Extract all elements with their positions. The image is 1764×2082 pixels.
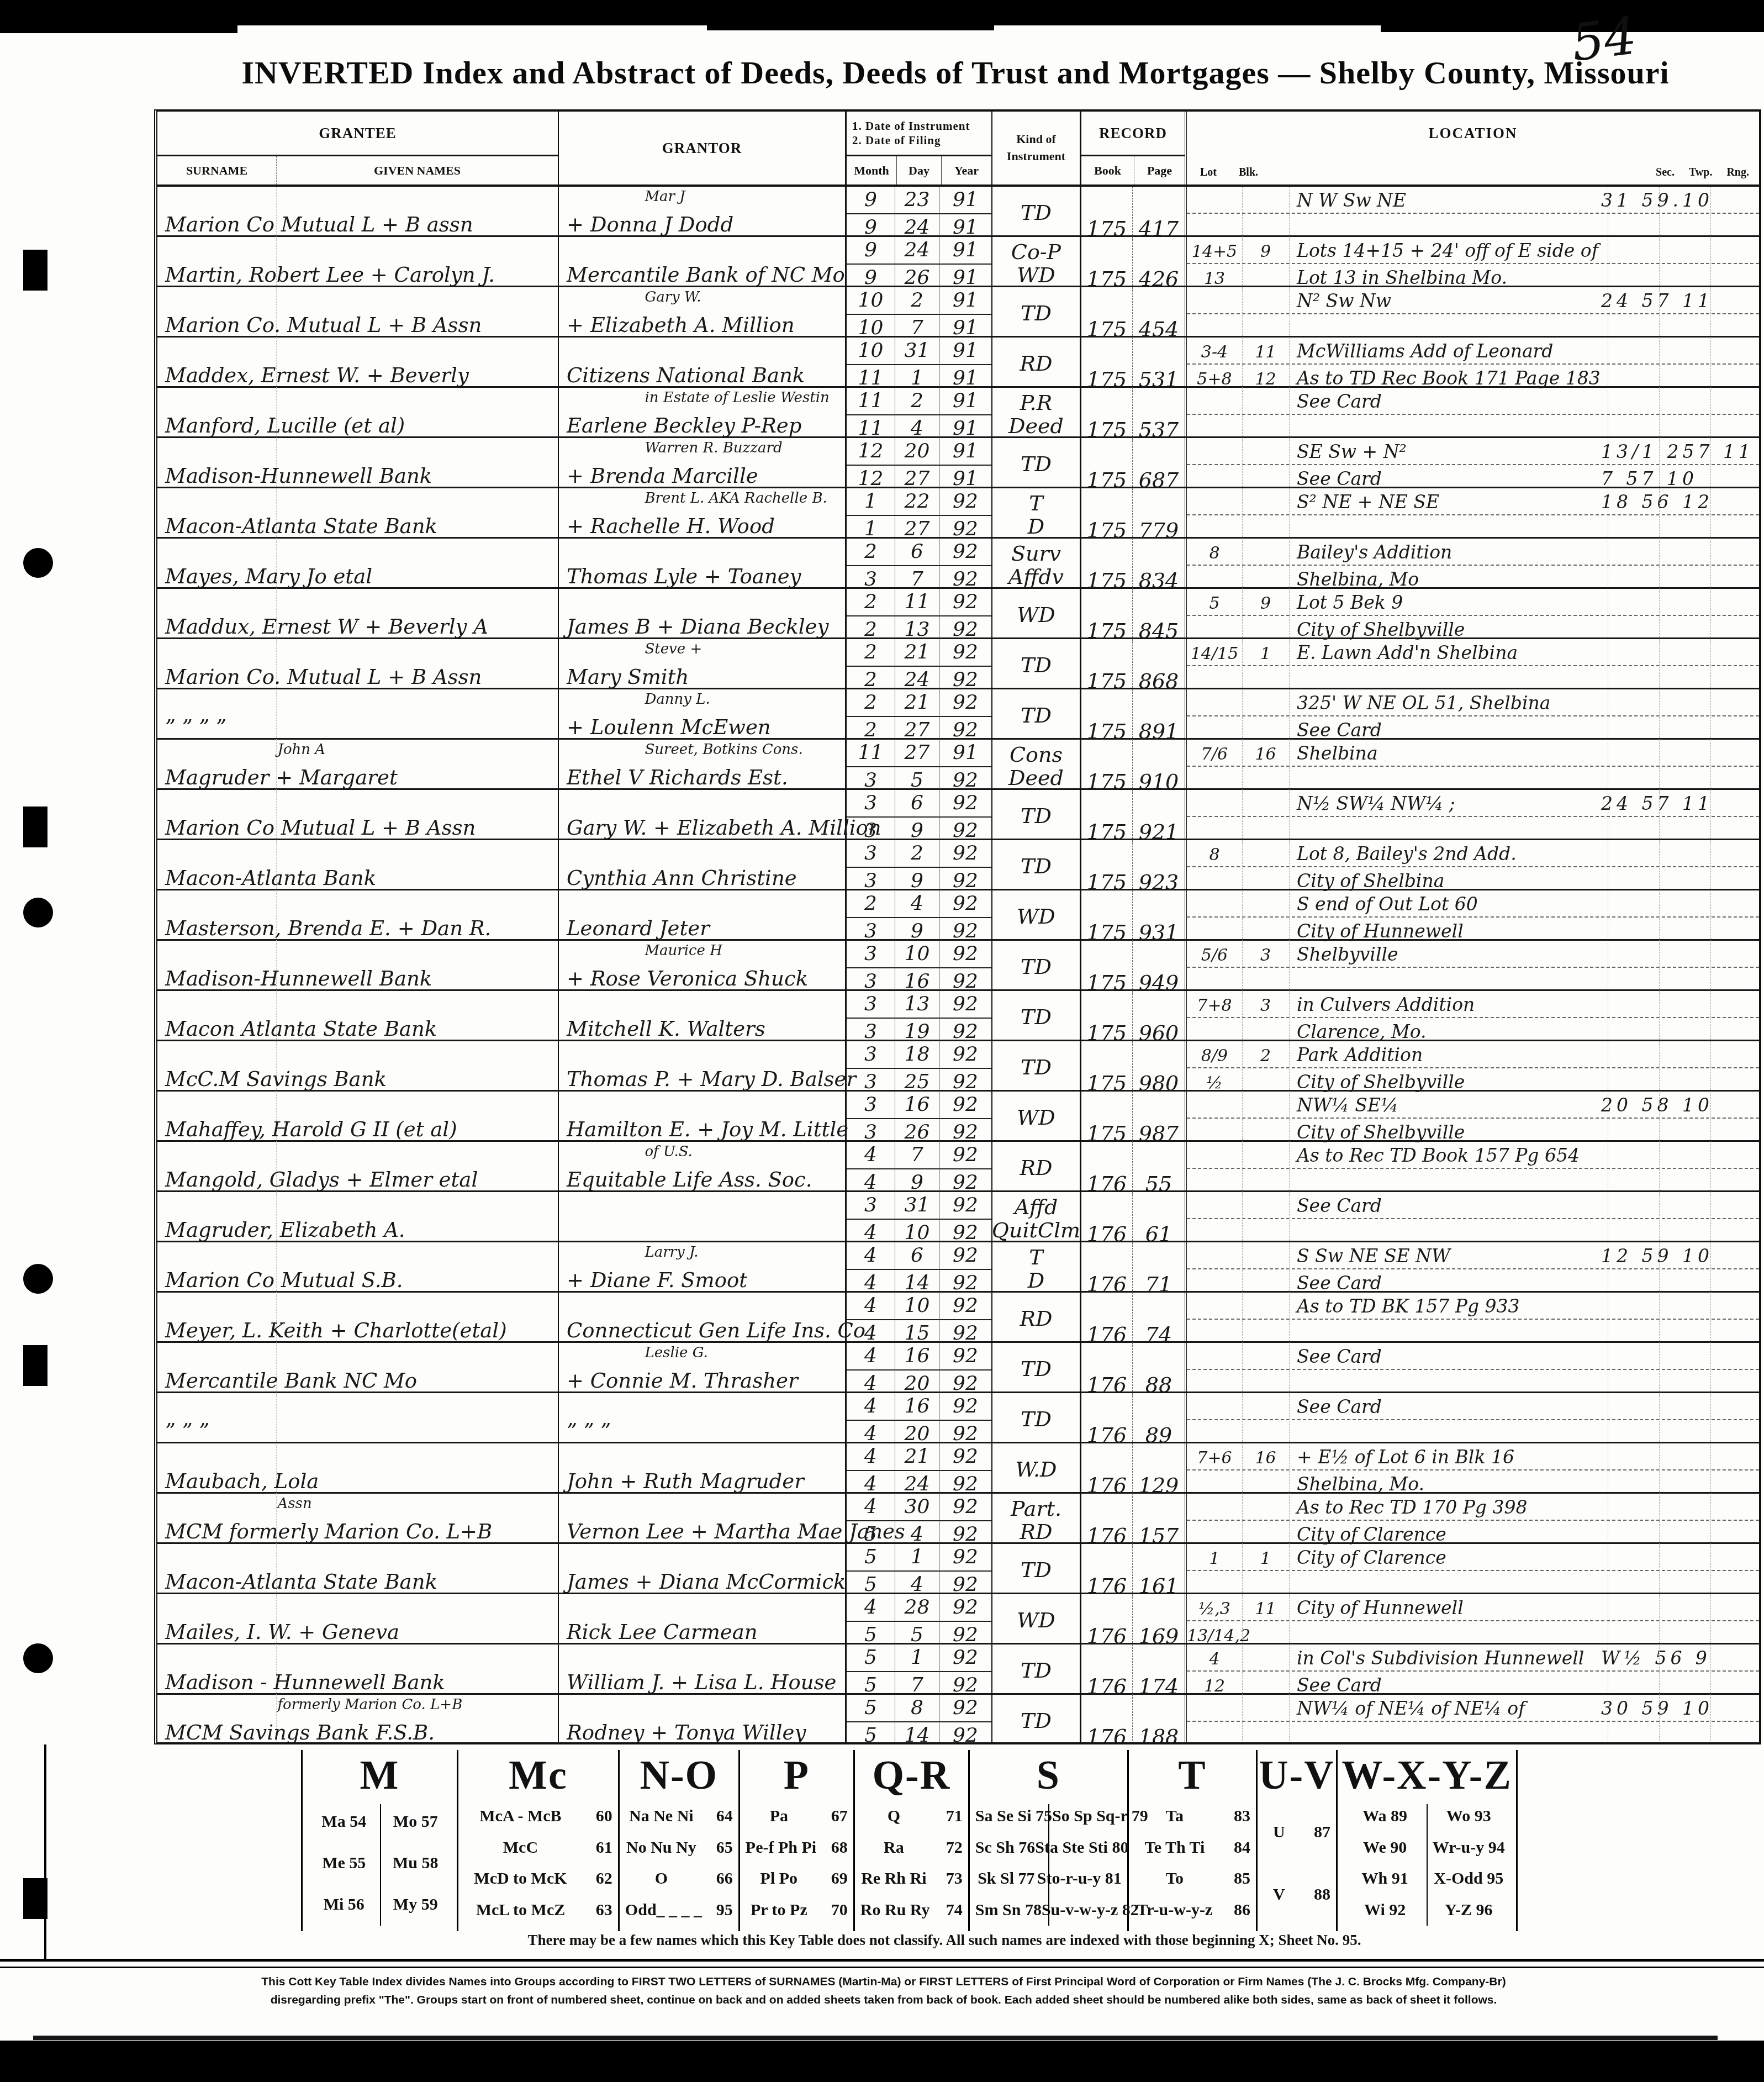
instrument-month: 9	[847, 187, 895, 214]
binder-mark	[23, 1264, 53, 1294]
kind-cell: TD	[991, 287, 1080, 341]
location-cell: 14/15 1 E. Lawn Add'n Shelbina	[1185, 639, 1759, 693]
book-cell: 176	[1080, 1343, 1132, 1397]
location-lot: 8	[1187, 845, 1242, 865]
kind-of-instrument: TD	[1021, 1559, 1052, 1582]
day-cell: 16 20	[895, 1343, 939, 1397]
kind-of-instrument: TD	[1021, 454, 1052, 476]
year-cell: 92 92	[939, 589, 991, 643]
key-entry-sheet: 74	[929, 1901, 962, 1920]
book-cell: 176	[1080, 1695, 1132, 1742]
key-entry-sheet: 63	[577, 1901, 612, 1920]
instrument-month: 4	[847, 1443, 895, 1471]
grantor-name: Earlene Beckley P-Rep	[567, 414, 844, 438]
location-cell: 5/6 3 Shelbyville	[1185, 941, 1759, 995]
grantee-cell: Marion Co Mutual L + B Assn	[157, 790, 558, 844]
instrument-month: 5	[847, 1695, 895, 1722]
location-description-line2: City of Clarence	[1289, 1524, 1601, 1545]
location-description-line2: City of Shelbyville	[1289, 1121, 1601, 1143]
grantor-cell: Hamilton E. + Joy M. Little	[558, 1092, 845, 1146]
grantee-cell: Marion Co Mutual L + B assn	[157, 187, 558, 241]
day-cell: 2 4	[895, 388, 939, 442]
kind-of-instrument: RD	[1020, 1308, 1052, 1330]
grantee-name: ” ” ” ”	[165, 715, 557, 739]
key-entry: Re Rh Ri73	[860, 1869, 963, 1888]
kind-of-instrument-line2: Deed	[1008, 767, 1064, 789]
instrument-month: 10	[847, 287, 895, 315]
grantee-cell: Assn MCM formerly Marion Co. L+B	[157, 1494, 558, 1548]
key-entry: Me 55Mu 58	[308, 1854, 451, 1873]
kind-of-instrument: TD	[1021, 655, 1052, 677]
location-description: E. Lawn Add'n Shelbina	[1289, 642, 1601, 663]
table-rows: Marion Co Mutual L + B assn Mar J + Donn…	[157, 187, 1759, 1742]
location-description: Shelbina	[1289, 742, 1601, 764]
location-blk: 3	[1242, 946, 1289, 965]
key-entry: Wi 92Y-Z 96	[1343, 1901, 1511, 1920]
month-cell: 2 2	[845, 639, 895, 693]
book-cell: 175	[1080, 438, 1132, 492]
key-entry-sheet: 85	[1215, 1869, 1250, 1888]
instrument-year: 92	[939, 639, 991, 667]
instrument-year: 91	[939, 338, 991, 365]
month-cell: 4 4	[845, 1343, 895, 1397]
location-blk: 11	[1242, 1599, 1289, 1619]
instrument-day: 22	[895, 488, 939, 516]
double-rule	[0, 1959, 1764, 1968]
month-cell: 4 4	[845, 1393, 895, 1447]
key-entry-right: Sto-r-u-y 81	[1037, 1869, 1122, 1888]
location-description-line2: City of Hunnewell	[1289, 920, 1601, 942]
kind-cell: TD	[991, 941, 1080, 995]
location-lot: 7/6	[1187, 745, 1242, 764]
header-date-instrument-label: 1. Date of Instrument	[852, 119, 970, 133]
instrument-month: 3	[847, 1092, 895, 1119]
kind-cell: TD	[991, 1343, 1080, 1397]
grantee-upper-note: John A	[278, 741, 326, 758]
page-cell: 71	[1132, 1242, 1185, 1296]
location-cell: N½ SW¼ NW¼ ; 24 57 11	[1185, 790, 1759, 844]
table-row: McC.M Savings Bank Thomas P. + Mary D. B…	[157, 1041, 1759, 1092]
scan-edge-top	[0, 0, 1764, 25]
key-entry-label: Ro Ru Ry	[860, 1901, 930, 1920]
key-section-UV: U-V U87V88	[1258, 1750, 1338, 1931]
page-cell: 537	[1132, 388, 1185, 442]
location-cell: 14+5 9 Lots 14+15 + 24' off of E side of…	[1185, 237, 1759, 291]
header-kind-line1: Kind of	[1016, 131, 1056, 148]
page-title: INVERTED Index and Abstract of Deeds, De…	[160, 54, 1751, 91]
location-sec-twp-rng: 24 57 11	[1601, 793, 1756, 814]
grantee-cell: Macon-Atlanta Bank	[157, 840, 558, 894]
location-description: 325' W NE OL 51, Shelbina	[1289, 692, 1601, 714]
grantor-name: Cynthia Ann Christine	[567, 866, 844, 890]
grantee-name: Mailes, I. W. + Geneva	[165, 1620, 557, 1644]
header-kind-of-instrument: Kind of Instrument	[991, 112, 1080, 185]
year-cell: 92 92	[939, 1293, 991, 1347]
table-row: Macon-Atlanta Bank Cynthia Ann Christine…	[157, 840, 1759, 890]
table-row: Mayes, Mary Jo etal Thomas Lyle + Toaney…	[157, 539, 1759, 589]
grantee-name: Madison - Hunnewell Bank	[165, 1670, 557, 1694]
location-lot-line2: 13/14,2	[1187, 1626, 1242, 1646]
location-sec-twp-rng: 20 58 10	[1601, 1094, 1756, 1116]
key-entry-left: Sc Sh 76	[975, 1838, 1035, 1857]
grantee-name: Macon-Atlanta State Bank	[165, 514, 557, 538]
location-sec-twp-rng-line2: 7 57 10	[1601, 468, 1756, 489]
kind-cell: TD	[991, 1695, 1080, 1742]
location-lot: 3-4	[1187, 342, 1242, 362]
grantor-name: Thomas P. + Mary D. Balser	[567, 1067, 844, 1091]
grantee-cell: ” ” ”	[157, 1393, 558, 1447]
grantee-cell: Macon-Atlanta State Bank	[157, 488, 558, 542]
grantor-name: ” ” ”	[567, 1419, 844, 1443]
header-location: LOCATION Lot Blk. Sec. Twp. Rng.	[1185, 112, 1759, 185]
page-cell: 188	[1132, 1695, 1185, 1742]
instrument-day: 16	[895, 1092, 939, 1119]
grantee-cell: Martin, Robert Lee + Carolyn J.	[157, 237, 558, 291]
grantor-name: Equitable Life Ass. Soc.	[567, 1168, 844, 1192]
header-date-filing-label: 2. Date of Filing	[852, 133, 941, 147]
kind-cell: TD	[991, 438, 1080, 492]
key-entry-label: Te Th Ti	[1134, 1838, 1215, 1857]
month-cell: 2 3	[845, 890, 895, 945]
header-lot-label: Lot	[1200, 166, 1217, 179]
year-cell: 92 92	[939, 689, 991, 744]
location-description: NW¼ of NE¼ of NE¼ of	[1289, 1698, 1601, 1719]
table-row: Manford, Lucille (et al) in Estate of Le…	[157, 388, 1759, 438]
year-cell: 91 91	[939, 237, 991, 291]
grantee-name: Maubach, Lola	[165, 1469, 557, 1493]
key-entry-sheet: 95	[702, 1901, 733, 1920]
location-cell: 325' W NE OL 51, Shelbina See Card	[1185, 689, 1759, 744]
key-entry: We 90Wr-u-y 94	[1343, 1838, 1511, 1857]
grantee-upper-note: formerly Marion Co. L+B	[278, 1696, 463, 1713]
location-cell: 7+6 16 + E½ of Lot 6 in Blk 16 Shelbina,…	[1185, 1443, 1759, 1498]
grantor-upper-note: Danny L.	[645, 691, 710, 708]
location-description: in Culvers Addition	[1289, 994, 1601, 1015]
header-page-label: Page	[1134, 156, 1185, 185]
header-surname-label: SURNAME	[157, 156, 276, 185]
kind-of-instrument: WD	[1017, 1107, 1055, 1129]
grantor-name: + Brenda Marcille	[567, 464, 844, 488]
table-header: GRANTEE SURNAME GIVEN NAMES GRANTOR 1. D…	[157, 112, 1759, 187]
grantor-name: Connecticut Gen Life Ins. Co	[567, 1319, 844, 1342]
day-cell: 6 7	[895, 539, 939, 593]
key-section-WXYZ: W-X-Y-Z Wa 89Wo 93We 90Wr-u-y 94Wh 91X-O…	[1338, 1750, 1518, 1931]
year-cell: 92 92	[939, 941, 991, 995]
table-row: Maubach, Lola John + Ruth Magruder 4 4 2…	[157, 1443, 1759, 1494]
table-row: Macon-Atlanta State Bank James + Diana M…	[157, 1544, 1759, 1594]
instrument-day: 18	[895, 1041, 939, 1069]
key-entry-label: Ra	[860, 1838, 927, 1857]
kind-cell: RD	[991, 1142, 1080, 1196]
year-cell: 92 92	[939, 1494, 991, 1548]
key-section-Mc: Mc McA - McB60McC61McD to McK62McL to Mc…	[458, 1750, 620, 1931]
binder-mark	[23, 548, 53, 578]
kind-cell: Surv Affdv	[991, 539, 1080, 593]
key-entry-label: Pa	[746, 1807, 812, 1826]
location-description-line2: See Card	[1289, 468, 1601, 489]
location-lot: 8/9	[1187, 1046, 1242, 1066]
month-cell: 11 11	[845, 388, 895, 442]
instrument-month: 3	[847, 941, 895, 968]
location-description: See Card	[1289, 1396, 1601, 1417]
location-description: See Card	[1289, 1346, 1601, 1367]
record-page: 188	[1133, 1695, 1185, 1742]
grantor-cell: John + Ruth Magruder	[558, 1443, 845, 1498]
grantor-cell: Mitchell K. Walters	[558, 991, 845, 1045]
kind-cell: TD	[991, 1544, 1080, 1598]
day-cell: 13 19	[895, 991, 939, 1045]
key-entry: McD to McK62	[464, 1869, 612, 1888]
month-cell: 2 3	[845, 539, 895, 593]
key-entry: Sa Se Si 75So Sp Sq-r 79	[975, 1807, 1122, 1826]
footer-line2: disregarding prefix "The". Groups start …	[99, 1991, 1668, 2010]
location-lot: 5/6	[1187, 946, 1242, 965]
instrument-year: 92	[939, 1443, 991, 1471]
instrument-day: 2	[895, 840, 939, 868]
kind-of-instrument: Co-P	[1011, 241, 1061, 263]
location-cell: 7+8 3 in Culvers Addition Clarence, Mo.	[1185, 991, 1759, 1045]
book-cell: 175	[1080, 890, 1132, 945]
instrument-year: 92	[939, 1192, 991, 1220]
page-cell: 980	[1132, 1041, 1185, 1095]
page-cell: 531	[1132, 338, 1185, 392]
key-entry-left: Sk Sl 77	[975, 1869, 1037, 1888]
page-cell: 74	[1132, 1293, 1185, 1347]
key-entry: Tr-u-w-y-z86	[1134, 1901, 1250, 1920]
day-cell: 4 9	[895, 890, 939, 945]
grantor-cell: Thomas Lyle + Toaney	[558, 539, 845, 593]
grantee-cell: Maubach, Lola	[157, 1443, 558, 1498]
instrument-day: 1	[895, 1544, 939, 1572]
key-entry-label: Q	[860, 1807, 927, 1826]
grantee-cell: Masterson, Brenda E. + Dan R.	[157, 890, 558, 945]
page-cell: 61	[1132, 1192, 1185, 1246]
grantee-name: Maddex, Ernest W. + Beverly	[165, 363, 557, 387]
table-row: Masterson, Brenda E. + Dan R. Leonard Je…	[157, 890, 1759, 941]
kind-of-instrument: WD	[1017, 1610, 1055, 1632]
location-cell: S² NE + NE SE 18 56 12	[1185, 488, 1759, 542]
location-description: As to Rec TD 170 Pg 398	[1289, 1496, 1601, 1518]
location-cell: 8/9 2 Park Addition ½ City of Shelbyvill…	[1185, 1041, 1759, 1095]
location-cell: S Sw NE SE NW 12 59 10 See Card	[1185, 1242, 1759, 1296]
page-cell: 129	[1132, 1443, 1185, 1498]
location-lot: 8	[1187, 544, 1242, 563]
kind-of-instrument: RD	[1020, 1157, 1052, 1179]
grantor-cell: Danny L. + Loulenn McEwen	[558, 689, 845, 744]
book-cell: 175	[1080, 539, 1132, 593]
key-section-title: S	[970, 1750, 1127, 1801]
location-description: Park Addition	[1289, 1044, 1601, 1066]
binder-mark	[23, 807, 47, 847]
day-cell: 7 9	[895, 1142, 939, 1196]
location-description-line2: As to TD Rec Book 171 Page 183	[1289, 367, 1601, 389]
location-description-line2: Lot 13 in Shelbina Mo.	[1289, 267, 1601, 288]
year-cell: 91 91	[939, 438, 991, 492]
instrument-month: 2	[847, 639, 895, 667]
day-cell: 27 5	[895, 740, 939, 794]
grantor-cell: Larry J. + Diane F. Smoot	[558, 1242, 845, 1296]
grantee-name: Madison-Hunnewell Bank	[165, 967, 557, 990]
header-sec-label: Sec.	[1656, 166, 1675, 179]
margin-rule	[44, 1744, 46, 1961]
key-section-title: U-V	[1258, 1750, 1336, 1801]
key-entry: Pr to Pz70	[746, 1901, 848, 1920]
location-blk-line2: 12	[1242, 370, 1289, 389]
location-sec-twp-rng: 31 59.10	[1601, 189, 1756, 211]
key-entry: Pa67	[746, 1807, 848, 1826]
location-description: See Card	[1289, 391, 1601, 412]
location-description: Lots 14+15 + 24' off of E side of	[1289, 240, 1601, 261]
grantor-cell: Gary W. + Elizabeth A. Million	[558, 287, 845, 341]
grantor-upper-note: Gary W.	[645, 289, 701, 305]
location-lot: 14/15	[1187, 644, 1242, 663]
grantee-cell: Maddex, Ernest W. + Beverly	[157, 338, 558, 392]
day-cell: 6 14	[895, 1242, 939, 1296]
instrument-day: 21	[895, 1443, 939, 1471]
key-entry-sheet: 87	[1295, 1823, 1330, 1842]
key-entry: To85	[1134, 1869, 1250, 1888]
key-entry-right: Mo 57	[380, 1812, 452, 1831]
instrument-day: 1	[895, 1644, 939, 1672]
table-row: Marion Co. Mutual L + B Assn Gary W. + E…	[157, 287, 1759, 338]
instrument-month: 2	[847, 689, 895, 717]
grantee-name: Marion Co. Mutual L + B Assn	[165, 665, 557, 689]
kind-of-instrument: WD	[1017, 906, 1055, 928]
grantor-cell: Mar J + Donna J Dodd	[558, 187, 845, 241]
year-cell: 92 92	[939, 1192, 991, 1246]
location-description: S² NE + NE SE	[1289, 491, 1601, 513]
kind-of-instrument: TD	[1021, 1409, 1052, 1431]
header-record: RECORD Book Page	[1080, 112, 1185, 185]
table-row: Madison - Hunnewell Bank William J. + Li…	[157, 1644, 1759, 1695]
location-blk: 9	[1242, 242, 1289, 261]
instrument-day: 10	[895, 1293, 939, 1320]
grantee-name: Mangold, Gladys + Elmer etal	[165, 1168, 557, 1192]
day-cell: 24 26	[895, 237, 939, 291]
header-blk-label: Blk.	[1239, 166, 1258, 179]
key-entry: McC61	[464, 1838, 612, 1857]
year-cell: 91 91	[939, 388, 991, 442]
location-sec-twp-rng: 30 59 10	[1601, 1698, 1756, 1719]
instrument-day: 2	[895, 388, 939, 415]
kind-of-instrument: TD	[1021, 303, 1052, 325]
key-entry: Te Th Ti84	[1134, 1838, 1250, 1857]
table-row: Martin, Robert Lee + Carolyn J. Mercanti…	[157, 237, 1759, 287]
year-cell: 92 92	[939, 890, 991, 945]
key-section-P: P Pa67Pe-f Ph Pi68Pl Po69Pr to Pz70	[740, 1750, 855, 1931]
year-cell: 92 92	[939, 1544, 991, 1598]
day-cell: 22 27	[895, 488, 939, 542]
grantee-name: Magruder, Elizabeth A.	[165, 1218, 557, 1242]
location-description-line2: See Card	[1289, 1272, 1601, 1294]
month-cell: 10 11	[845, 338, 895, 392]
instrument-year: 92	[939, 1142, 991, 1169]
location-lot: 7+6	[1187, 1448, 1242, 1468]
location-description-line2: City of Shelbyville	[1289, 619, 1601, 640]
key-entry: V88	[1263, 1885, 1330, 1904]
month-cell: 9 9	[845, 237, 895, 291]
location-description: N² Sw Nw	[1289, 290, 1601, 312]
key-entry-right: X-Odd 95	[1427, 1869, 1511, 1888]
kind-of-instrument: TD	[1021, 1358, 1052, 1380]
book-cell: 175	[1080, 488, 1132, 542]
key-entry: McA - McB60	[464, 1807, 612, 1826]
scan-edge-fragment	[707, 25, 994, 30]
book-cell: 175	[1080, 740, 1132, 794]
grantee-name: Madison-Hunnewell Bank	[165, 464, 557, 488]
grantee-cell: ” ” ” ”	[157, 689, 558, 744]
kind-cell: RD	[991, 1293, 1080, 1347]
kind-of-instrument: W.D	[1016, 1459, 1057, 1481]
instrument-day: 8	[895, 1695, 939, 1722]
grantor-cell: Brent L. AKA Rachelle B. + Rachelle H. W…	[558, 488, 845, 542]
instrument-day: 13	[895, 991, 939, 1019]
instrument-year: 91	[939, 237, 991, 265]
key-entry-sheet: 66	[698, 1869, 733, 1888]
grantee-name: Marion Co Mutual S.B.	[165, 1268, 557, 1292]
kind-cell: Cons Deed	[991, 740, 1080, 794]
grantor-upper-note: Steve +	[645, 641, 702, 657]
location-lot: ½,3	[1187, 1599, 1242, 1619]
key-section-title: W-X-Y-Z	[1338, 1750, 1516, 1801]
page-cell: 987	[1132, 1092, 1185, 1146]
location-cell: ½,3 11 City of Hunnewell 13/14,2	[1185, 1594, 1759, 1648]
month-cell: 9 9	[845, 187, 895, 241]
grantor-name: + Diane F. Smoot	[567, 1268, 844, 1292]
scanned-ledger-page: 54 INVERTED Index and Abstract of Deeds,…	[0, 0, 1764, 2082]
page-cell: 868	[1132, 639, 1185, 693]
grantee-cell: Marion Co. Mutual L + B Assn	[157, 287, 558, 341]
kind-of-instrument: T	[1029, 1247, 1043, 1269]
grantee-cell: Magruder, Elizabeth A.	[157, 1192, 558, 1246]
table-row: ” ” ” ” Danny L. + Loulenn McEwen 2 2 21…	[157, 689, 1759, 740]
instrument-year: 92	[939, 488, 991, 516]
location-sec-twp-rng: 13/1 257 11	[1601, 441, 1756, 462]
location-cell: See Card	[1185, 388, 1759, 442]
instrument-day: 21	[895, 639, 939, 667]
grantor-cell: William J. + Lisa L. House	[558, 1644, 845, 1699]
month-cell: 3 3	[845, 840, 895, 894]
location-blk: 2	[1242, 1046, 1289, 1066]
grantee-name: Masterson, Brenda E. + Dan R.	[165, 916, 557, 940]
table-row: Marion Co Mutual L + B Assn Gary W. + El…	[157, 790, 1759, 840]
year-cell: 92 92	[939, 539, 991, 593]
instrument-year: 92	[939, 1092, 991, 1119]
grantee-cell: Macon-Atlanta State Bank	[157, 1544, 558, 1598]
grantor-name: + Rose Veronica Shuck	[567, 967, 844, 990]
month-cell: 4 4	[845, 1443, 895, 1498]
table-row: Assn MCM formerly Marion Co. L+B Vernon …	[157, 1494, 1759, 1544]
key-entry-left: Wa 89	[1343, 1807, 1427, 1826]
page-cell: 923	[1132, 840, 1185, 894]
scan-edge-bottom	[0, 2041, 1764, 2082]
day-cell: 31 10	[895, 1192, 939, 1246]
location-cell: See Card	[1185, 1343, 1759, 1397]
year-cell: 91 91	[939, 187, 991, 241]
month-cell: 4 5	[845, 1594, 895, 1648]
grantor-name: + Loulenn McEwen	[567, 715, 844, 739]
header-year-label: Year	[941, 156, 991, 185]
key-entry-sheet: 73	[927, 1869, 963, 1888]
instrument-year: 92	[939, 1695, 991, 1722]
grantor-cell	[558, 1192, 845, 1246]
key-entry: Sc Sh 76Sta Ste Sti 80	[975, 1838, 1122, 1857]
instrument-year: 92	[939, 1393, 991, 1421]
location-cell: 4 in Col's Subdivision Hunnewell W½ 56 9…	[1185, 1644, 1759, 1699]
grantee-cell: Mayes, Mary Jo etal	[157, 539, 558, 593]
instrument-year: 91	[939, 740, 991, 767]
kind-cell: TD	[991, 1644, 1080, 1699]
